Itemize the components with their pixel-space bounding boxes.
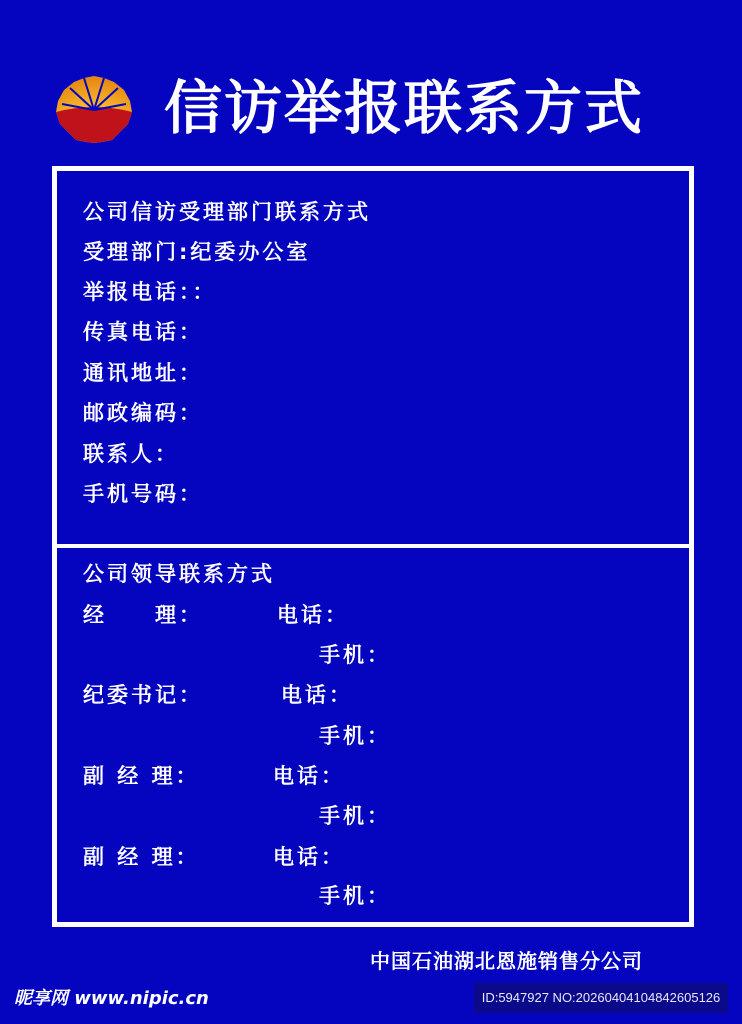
department-line: 传真电话： xyxy=(83,319,203,345)
department-heading: 公司信访受理部门联系方式 xyxy=(83,199,371,225)
watermark-site: 昵享网 www.nipic.cn xyxy=(14,984,209,1010)
leader-title: 副 经 理： xyxy=(83,763,200,789)
leader-phone-label: 电话： xyxy=(273,763,345,789)
leaders-heading: 公司领导联系方式 xyxy=(83,561,275,587)
department-line: 邮政编码： xyxy=(83,400,203,426)
section-divider xyxy=(57,544,689,548)
department-line: 通讯地址： xyxy=(83,360,203,386)
watermark-id: ID:5947927 NO:20260404104842605126 xyxy=(474,983,728,1013)
petrochina-logo-icon xyxy=(54,74,134,144)
contact-board: 公司信访受理部门联系方式 受理部门:纪委办公室 举报电话：： 传真电话： 通讯地… xyxy=(52,166,694,927)
department-line: 受理部门:纪委办公室 xyxy=(83,239,310,265)
department-line: 手机号码： xyxy=(83,481,203,507)
leader-title: 经 理： xyxy=(83,602,203,628)
leader-mobile-label: 手机： xyxy=(319,642,391,668)
page-title: 信访举报联系方式 xyxy=(164,72,644,144)
leader-title: 纪委书记： xyxy=(83,682,203,708)
department-line: 联系人： xyxy=(83,441,179,467)
leader-title: 副 经 理： xyxy=(83,844,200,870)
department-line: 举报电话：： xyxy=(83,279,217,305)
leader-mobile-label: 手机： xyxy=(319,803,391,829)
leader-mobile-label: 手机： xyxy=(319,883,391,909)
leader-phone-label: 电话： xyxy=(281,682,353,708)
leader-phone-label: 电话： xyxy=(277,602,349,628)
leader-phone-label: 电话： xyxy=(273,844,345,870)
leader-mobile-label: 手机： xyxy=(319,723,391,749)
company-name: 中国石油湖北恩施销售分公司 xyxy=(370,945,643,974)
